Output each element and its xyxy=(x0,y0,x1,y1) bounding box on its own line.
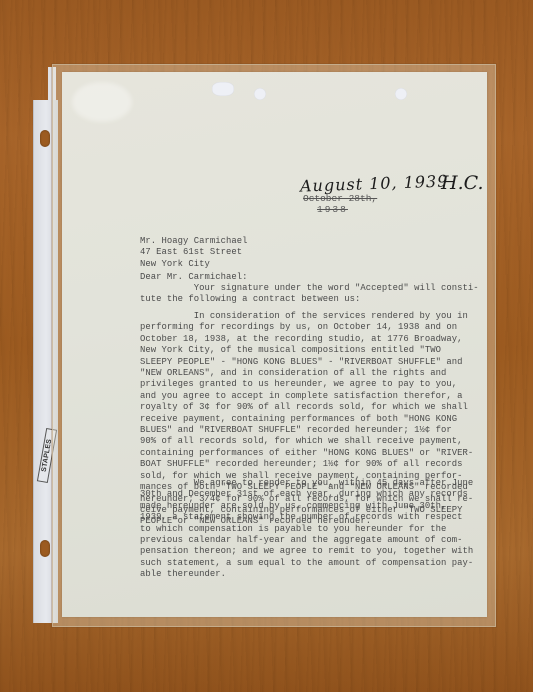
handwritten-initials: H.C. xyxy=(441,172,484,194)
struck-date-line: October 28th, xyxy=(303,193,377,204)
paragraph-statements: We agree to render to you, within 45 day… xyxy=(140,478,473,581)
struck-year-line: 1938 xyxy=(303,204,377,215)
recipient-street: 47 East 61st Street xyxy=(140,247,248,258)
binder-hole xyxy=(40,130,50,147)
recipient-name: Mr. Hoagy Carmichael xyxy=(140,236,248,247)
sleeve-glare xyxy=(72,82,132,122)
recipient-city: New York City xyxy=(140,259,248,270)
punch-hole xyxy=(254,88,266,100)
punch-hole xyxy=(395,88,407,100)
recipient-address: Mr. Hoagy Carmichael47 East 61st StreetN… xyxy=(140,236,248,270)
binder-hole xyxy=(40,540,50,557)
struck-typed-date: October 28th, 1938 xyxy=(303,193,377,215)
punch-hole-torn xyxy=(212,82,234,96)
paragraph-intro: Your signature under the word "Accepted"… xyxy=(140,283,479,306)
salutation: Dear Mr. Carmichael: xyxy=(140,272,248,283)
